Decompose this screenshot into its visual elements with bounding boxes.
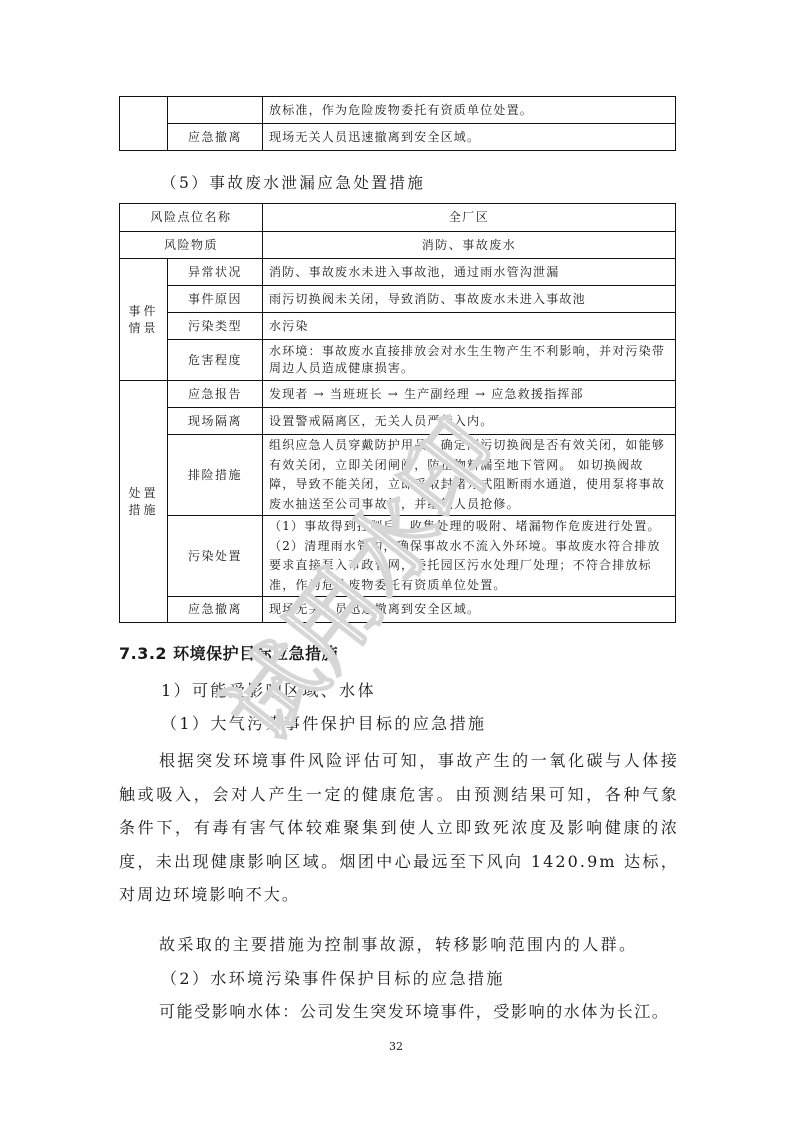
content-line: （2）清理雨水管沟，确保事故水不流入外环境。事故废水符合排放要求直接泵入市政管网…: [269, 537, 669, 596]
risk-point-label: 风险点位名称: [120, 204, 263, 232]
row-label: 污染处置: [168, 516, 263, 597]
row-content: 现场无关人员迅速撤离到安全区域。: [263, 124, 676, 151]
row-label: 危害程度: [168, 340, 263, 381]
row-label: 污染类型: [168, 313, 263, 340]
row-content: 水环境：事故废水直接排放会对水生生物产生不利影响，并对污染带周边人员造成健康损害…: [263, 340, 676, 381]
risk-substance-value: 消防、事故废水: [263, 232, 676, 259]
top-table-continuation: 放标准，作为危险废物委托有资质单位处置。 应急撤离 现场无关人员迅速撤离到安全区…: [119, 96, 676, 151]
row-content: 水污染: [263, 313, 676, 340]
row-label: 应急撤离: [168, 124, 263, 151]
subheading-1-2: （2）水环境污染事件保护目标的应急措施: [161, 966, 505, 989]
row-content: 消防、事故废水未进入事故池，通过雨水管沟泄漏: [263, 259, 676, 286]
risk-point-value: 全厂区: [263, 204, 676, 232]
row-content: 放标准，作为危险废物委托有资质单位处置。: [263, 97, 676, 124]
row-content: （1）事故得到控制后，收集处理的吸附、堵漏物作危废进行处置。 （2）清理雨水管沟…: [263, 516, 676, 597]
row-content: 组织应急人员穿戴防护用品，确定雨污切换阀是否有效关闭，如能够有效关闭，立即关闭闸…: [263, 435, 676, 516]
paragraph-measures: 故采取的主要措施为控制事故源，转移影响范围内的人群。: [159, 932, 637, 955]
row-label: 应急撤离: [168, 597, 263, 623]
subheading-1-1: （1）大气污染事件保护目标的应急措施: [161, 711, 486, 734]
paragraph-air-pollution: 根据突发环境事件风险评估可知，事故产生的一氧化碳与人体接触或吸入，会对人产生一定…: [119, 744, 679, 912]
row-label: 应急报告: [168, 381, 263, 408]
risk-substance-label: 风险物质: [120, 232, 263, 259]
event-scenario-group: 事件 情景: [120, 259, 168, 381]
row-label: 排险措施: [168, 435, 263, 516]
content-line: （1）事故得到控制后，收集处理的吸附、堵漏物作危废进行处置。: [269, 517, 669, 537]
disposal-measures-group: 处置 措施: [120, 381, 168, 623]
table-caption: （5）事故废水泄漏应急处置措施: [161, 171, 425, 193]
row-content: 雨污切换阀未关闭，导致消防、事故废水未进入事故池: [263, 286, 676, 313]
subheading-1: 1）可能受影响区域、水体: [161, 678, 376, 701]
paragraph-water-body: 可能受影响水体：公司发生突发环境事件，受影响的水体为长江。: [159, 999, 669, 1022]
page-number: 32: [389, 1040, 403, 1053]
group-cell: [120, 97, 168, 151]
section-heading: 7.3.2 环境保护目标应急措施: [119, 641, 338, 664]
row-label: 事件原因: [168, 286, 263, 313]
row-label: 现场隔离: [168, 408, 263, 435]
document-page: 放标准，作为危险废物委托有资质单位处置。 应急撤离 现场无关人员迅速撤离到安全区…: [0, 0, 794, 1123]
row-content: 现场无关人员迅速撤离到安全区域。: [263, 597, 676, 623]
row-content: 设置警戒隔离区，无关人员严禁入内。: [263, 408, 676, 435]
wastewater-emergency-table: 风险点位名称 全厂区 风险物质 消防、事故废水 事件 情景 异常状况 消防、事故…: [119, 203, 676, 623]
row-label: 异常状况: [168, 259, 263, 286]
row-label: [168, 97, 263, 124]
row-content: 发现者 → 当班班长 → 生产副经理 → 应急救援指挥部: [263, 381, 676, 408]
